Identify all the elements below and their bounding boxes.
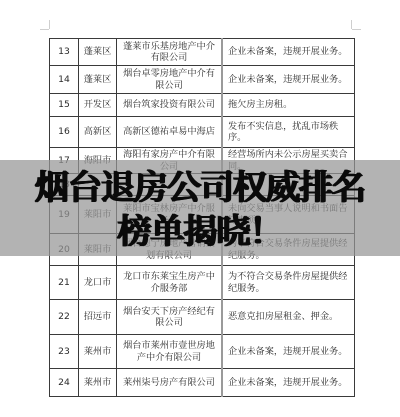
row-number: 13 — [50, 39, 79, 66]
page-corner-mark — [49, 20, 50, 29]
table-row: 24 莱州市 莱州柒号房产有限公司 企业未备案，违规开展业务。 — [50, 369, 355, 397]
table-row: 14 蓬莱区 烟台卓零房地产中介有限公司 企业未备案，违规开展业务。 — [50, 66, 355, 94]
district: 莱州市 — [79, 369, 117, 397]
violation-reason: 拖欠房主房租。 — [222, 94, 355, 117]
row-number: 21 — [50, 266, 79, 300]
company-name: 莱州柒号房产有限公司 — [117, 369, 223, 397]
district: 高新区 — [79, 117, 117, 148]
district: 招远市 — [79, 300, 117, 335]
row-number: 22 — [50, 300, 79, 335]
violation-reason: 恶意克扣房屋租金、押金。 — [222, 300, 355, 335]
table-row: 22 招远市 烟台安天下房产经纪有限公司 恶意克扣房屋租金、押金。 — [50, 300, 355, 335]
violation-reason: 企业未备案，违规开展业务。 — [222, 369, 355, 397]
row-number: 14 — [50, 66, 79, 94]
headline-line-2: 榜单揭晓！ — [0, 210, 400, 254]
page-corner-mark — [40, 29, 49, 30]
table-row: 13 蓬莱区 蓬莱市乐基房地产中介有限公司 企业未备案，违规开展业务。 — [50, 39, 355, 66]
table-row: 16 高新区 高新区德祐卓易中海店 发布不实信息，扰乱市场秩序。 — [50, 117, 355, 148]
company-name: 烟台市莱州市壹世房地产中介有限公司 — [117, 335, 223, 369]
row-number: 23 — [50, 335, 79, 369]
table-row: 23 莱州市 烟台市莱州市壹世房地产中介有限公司 企业未备案，违规开展业务。 — [50, 335, 355, 369]
company-name: 蓬莱市乐基房地产中介有限公司 — [117, 39, 223, 66]
violation-reason: 企业未备案，违规开展业务。 — [222, 39, 355, 66]
headline-line-1: 烟台退房公司权威排名 — [0, 166, 400, 210]
page-corner-mark — [352, 29, 361, 30]
row-number: 15 — [50, 94, 79, 117]
violation-reason: 企业未备案，违规开展业务。 — [222, 335, 355, 369]
district: 莱州市 — [79, 335, 117, 369]
company-name: 烟台筑家投资有限公司 — [117, 94, 223, 117]
page-corner-mark — [351, 20, 352, 29]
table-row: 15 开发区 烟台筑家投资有限公司 拖欠房主房租。 — [50, 94, 355, 117]
company-name: 高新区德祐卓易中海店 — [117, 117, 223, 148]
district: 开发区 — [79, 94, 117, 117]
district: 龙口市 — [79, 266, 117, 300]
district: 蓬莱区 — [79, 66, 117, 94]
company-name: 烟台安天下房产经纪有限公司 — [117, 300, 223, 335]
table-row: 21 龙口市 龙口市东莱宝生房产中介服务部 为不符合交易条件房屋提供经纪服务。 — [50, 266, 355, 300]
violation-reason: 发布不实信息，扰乱市场秩序。 — [222, 117, 355, 148]
company-name: 龙口市东莱宝生房产中介服务部 — [117, 266, 223, 300]
overlay-headline: 烟台退房公司权威排名 榜单揭晓！ — [0, 166, 400, 254]
row-number: 24 — [50, 369, 79, 397]
district: 蓬莱区 — [79, 39, 117, 66]
violation-reason: 企业未备案，违规开展业务。 — [222, 66, 355, 94]
company-name: 烟台卓零房地产中介有限公司 — [117, 66, 223, 94]
violation-reason: 为不符合交易条件房屋提供经纪服务。 — [222, 266, 355, 300]
row-number: 16 — [50, 117, 79, 148]
